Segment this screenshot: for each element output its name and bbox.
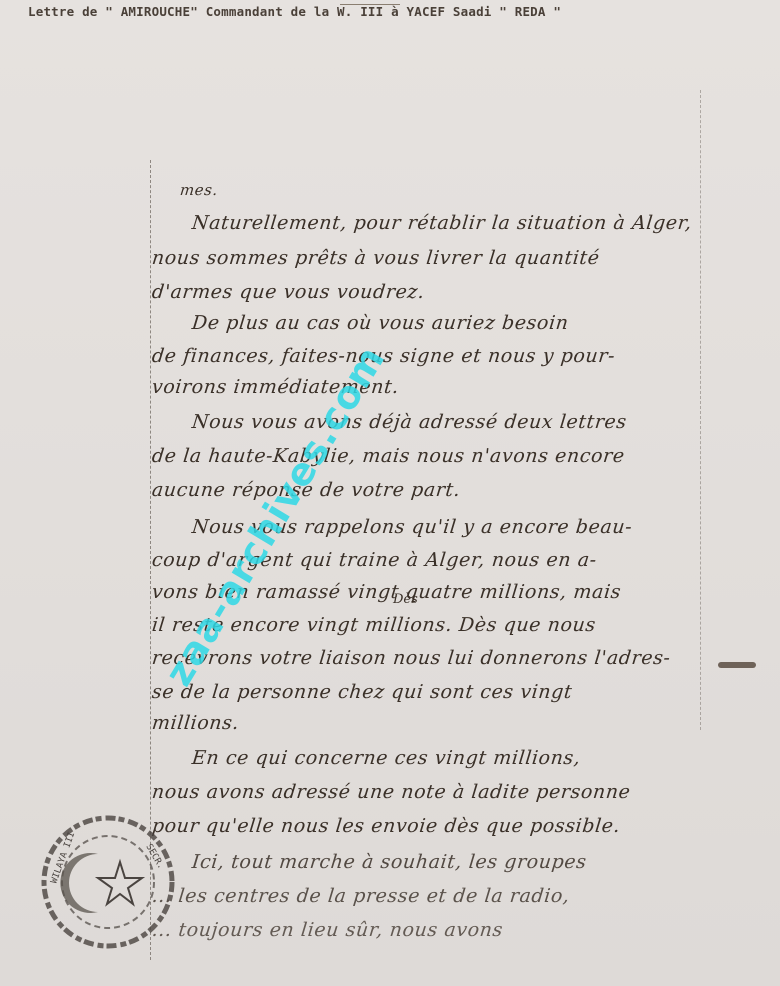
margin-dash-mark	[718, 662, 756, 668]
letter-line: pour qu'elle nous les envoie dès que pos…	[150, 811, 621, 841]
letter-line: Naturellement, pour rétablir la situatio…	[150, 208, 693, 238]
header-title: Lettre de " AMIROUCHE" Commandant de la …	[28, 4, 561, 19]
letter-line: recevrons votre liaison nous lui donnero…	[150, 643, 672, 673]
letter-line: ... les centres de la presse et de la ra…	[150, 881, 571, 911]
letter-line: d'armes que vous voudrez.	[150, 277, 426, 307]
document-page: Lettre de " AMIROUCHE" Commandant de la …	[0, 0, 780, 986]
header-underline	[340, 4, 400, 5]
right-margin-line	[700, 90, 701, 730]
letter-line: Ici, tout marche à souhait, les groupes	[150, 847, 588, 877]
stamp-seal-icon: WILAYA III SECR.	[38, 812, 178, 952]
handwritten-correction: Dès	[393, 592, 418, 607]
letter-line: de la haute-Kabylie, mais nous n'avons e…	[150, 441, 626, 471]
letter-line: En ce qui concerne ces vingt millions,	[150, 743, 582, 773]
letter-line: ... toujours en lieu sûr, nous avons	[150, 915, 504, 945]
star-icon	[98, 862, 142, 904]
letter-line: millions.	[150, 708, 240, 738]
typed-header: Lettre de " AMIROUCHE" Commandant de la …	[28, 4, 768, 30]
letter-line: mes.	[178, 175, 219, 205]
letter-line: nous sommes prêts à vous livrer la quant…	[150, 243, 601, 273]
letter-line: De plus au cas où vous auriez besoin	[150, 308, 570, 338]
letter-line: Nous vous avons déjà adressé deux lettre…	[150, 407, 628, 437]
official-stamp: WILAYA III SECR.	[38, 812, 178, 952]
letter-line: se de la personne chez qui sont ces ving…	[150, 677, 573, 707]
letter-line: Nous vous rappelons qu'il y a encore bea…	[150, 512, 633, 542]
letter-line: nous avons adressé une note à ladite per…	[150, 777, 632, 807]
